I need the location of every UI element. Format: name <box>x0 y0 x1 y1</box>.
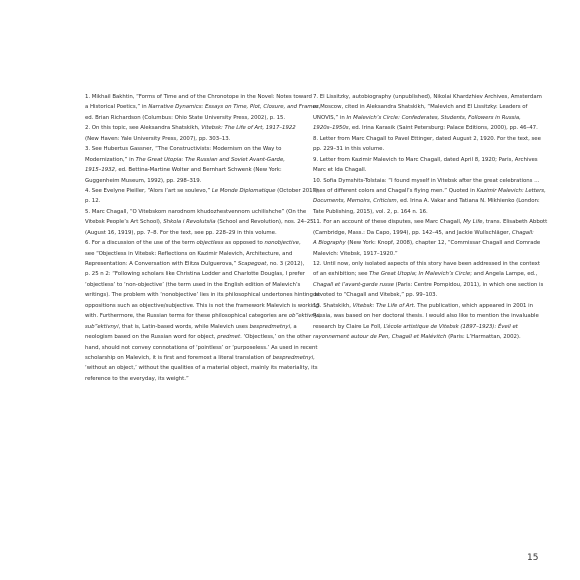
italic-text: Narrative Dynamics: Essays on Time, Plot… <box>148 104 318 110</box>
footnote-line: Modernization,” in The Great Utopia: The… <box>85 155 311 165</box>
text-segment: (School and Revolution), nos. 24–25 <box>216 219 314 225</box>
page-number: 15 <box>527 553 538 563</box>
text-segment: Russia, was based on her doctoral thesis… <box>313 313 539 319</box>
footnote-line: 4. See Evelyne Pieiller, “Alors l’art se… <box>85 186 311 196</box>
text-segment: 7. El Lissitzky, autobiography (unpublis… <box>313 94 542 100</box>
footnote-line: Guggenheim Museum, 1992), pp. 298–319. <box>85 176 311 186</box>
text-segment: , no. 3 (2012), <box>266 261 304 267</box>
text-segment: , that is, Latin-based words, while Male… <box>119 324 250 330</box>
text-segment: , ed. Bettina-Martine Wolter and Bernhar… <box>115 167 282 173</box>
text-segment: ; and Angela Lampe, ed., <box>470 271 537 277</box>
footnote-line: hand, should not convey connotations of … <box>85 343 311 353</box>
text-segment: 6. For a discussion of the use of the te… <box>85 240 197 246</box>
footnote-line: devoted to “Chagall and Vitebsk,” pp. 99… <box>313 290 539 300</box>
footnote-line: 2. On this topic, see Aleksandra Shatski… <box>85 123 311 133</box>
italic-text: Kazimir Malevich: Letters, <box>477 188 546 194</box>
footnote-line: Chagall et l’avant-garde russe (Paris: C… <box>313 280 539 290</box>
text-segment: (Paris: Centre Pompidou, 2011), in which… <box>394 282 543 288</box>
italic-text: 1920s–1950s <box>313 125 349 131</box>
italic-text: Chagall et l’avant-garde russe <box>313 282 394 288</box>
italic-text: L’école artistique de Vitebsk (1897–1923… <box>384 324 518 330</box>
text-segment: 4. See Evelyne Pieiller, “Alors l’art se… <box>85 188 212 194</box>
footnote-line: scholarship on Malevich, it is first and… <box>85 353 311 363</box>
text-segment: scholarship on Malevich, it is first and… <box>85 355 273 361</box>
text-segment: , <box>313 355 315 361</box>
text-segment: ‘objectless’ to ‘non-objective’ (the ter… <box>85 282 300 288</box>
footnote-line: a Historical Poetics,” in Narrative Dyna… <box>85 102 311 112</box>
footnote-line: UNOVIS,” in In Malevich’s Circle: Confed… <box>313 113 539 123</box>
text-segment: , a <box>290 324 297 330</box>
footnote-line: 3. See Hubertus Gassner, “The Constructi… <box>85 144 311 154</box>
text-segment: neologism based on the Russian word for … <box>85 334 217 340</box>
italic-text: Documents, Memoirs, Criticism <box>313 198 397 204</box>
footnotes-left-column: 1. Mikhail Bakhtin, “Forms of Time and o… <box>85 92 311 384</box>
footnote-line: p. 12. <box>85 196 311 206</box>
text-segment: pp. 229–31 in this volume. <box>313 146 384 152</box>
text-segment: , trans. Elisabeth Abbott <box>482 219 547 225</box>
text-segment: lines of different colors and Chagall’s … <box>313 188 477 194</box>
italic-text: sub”ektivnyi <box>85 324 119 330</box>
footnote-line: 1. Mikhail Bakhtin, “Forms of Time and o… <box>85 92 311 102</box>
text-segment: UNOVIS,” in <box>313 115 346 121</box>
italic-text: Scapegoat <box>238 261 266 267</box>
footnote-line: writings). The problem with ‘nonobjectiv… <box>85 290 311 300</box>
footnote-line: neologism based on the Russian word for … <box>85 332 311 342</box>
text-segment: ed. Brian Richardson (Columbus: Ohio Sta… <box>85 115 285 121</box>
italic-text: Vitebsk: The Life of Art <box>353 303 414 309</box>
text-segment: Tate Publishing, 2015), vol. 2, p. 164 n… <box>313 209 428 215</box>
text-segment: Vitebsk People’s Art School), <box>85 219 163 225</box>
italic-text: Chagall: <box>512 230 534 236</box>
italic-text: 1915–1932 <box>85 167 115 173</box>
text-segment: (New Haven: Yale University Press, 2007)… <box>85 136 230 142</box>
footnote-line: 1915–1932, ed. Bettina-Martine Wolter an… <box>85 165 311 175</box>
text-segment: see “Objectless in Vitebsk: Reflections … <box>85 251 292 257</box>
footnote-line: 12. Until now, only isolated aspects of … <box>313 259 539 269</box>
text-segment: . The publication, which appeared in 200… <box>414 303 533 309</box>
text-segment: 13. Shatskikh, <box>313 303 353 309</box>
footnote-line: 1920s–1950s, ed. Irina Karasik (Saint Pe… <box>313 123 539 133</box>
footnote-line: 9. Letter from Kazimir Malevich to Marc … <box>313 155 539 165</box>
footnote-line: 13. Shatskikh, Vitebsk: The Life of Art.… <box>313 301 539 311</box>
footnote-line: see “Objectless in Vitebsk: Reflections … <box>85 249 311 259</box>
footnote-line: 5. Marc Chagall, “O Vitebskom narodnom k… <box>85 207 311 217</box>
footnote-line: A Biography (New York: Knopf, 2008), cha… <box>313 238 539 248</box>
footnote-line: reference to the everyday, its weight.” <box>85 374 311 384</box>
italic-text: bespredmetnyi <box>250 324 290 330</box>
text-segment: hand, should not convey connotations of … <box>85 345 318 351</box>
text-segment: oppositions such as objective/subjective… <box>85 303 319 309</box>
footnote-line: 7. El Lissitzky, autobiography (unpublis… <box>313 92 539 102</box>
footnotes-right-column: 7. El Lissitzky, autobiography (unpublis… <box>313 92 539 343</box>
text-segment: 11. For an account of these disputes, se… <box>313 219 463 225</box>
text-segment: 9. Letter from Kazimir Malevich to Marc … <box>313 157 538 163</box>
italic-text: In Malevich’s Circle <box>419 271 471 277</box>
footnote-line: (New Haven: Yale University Press, 2007)… <box>85 134 311 144</box>
text-segment: of an exhibition; see <box>313 271 369 277</box>
italic-text: rayonnement autour de Pen, Chagall et Ma… <box>313 334 446 340</box>
italic-text: Shkola i Revolutsiia <box>163 219 215 225</box>
text-segment: . ‘Objectless,’ on the other <box>240 334 311 340</box>
text-segment: 12. Until now, only isolated aspects of … <box>313 261 540 267</box>
italic-text: The Great Utopia <box>369 271 415 277</box>
text-segment: Marc et Ida Chagall. <box>313 167 366 173</box>
footnote-line: (Cambridge, Mass.: Da Capo, 1994), pp. 1… <box>313 228 539 238</box>
text-segment: research by Claire Le Foll, <box>313 324 384 330</box>
text-segment: 8. Letter from Marc Chagall to Pavel Ett… <box>313 136 541 142</box>
footnote-line: 10. Sofia Dymshits-Tolstaia: “I found my… <box>313 176 539 186</box>
text-segment: (New York: Knopf, 2008), chapter 12, “Co… <box>346 240 541 246</box>
text-segment: Representation: A Conversation with Elit… <box>85 261 238 267</box>
footnote-line: rayonnement autour de Pen, Chagall et Ma… <box>313 332 539 342</box>
text-segment: p. 25 n 2: “Following scholars like Chri… <box>85 271 305 277</box>
text-segment: writings). The problem with ‘nonobjectiv… <box>85 292 320 298</box>
text-segment: as opposed to <box>223 240 264 246</box>
footnote-line: sub”ektivnyi, that is, Latin-based words… <box>85 322 311 332</box>
text-segment: , <box>299 240 301 246</box>
italic-text: Le Monde Diplomatique <box>212 188 276 194</box>
text-segment: (August 16, 1919), pp. 7–8. For the text… <box>85 230 277 236</box>
footnote-line: ed. Brian Richardson (Columbus: Ohio Sta… <box>85 113 311 123</box>
footnote-line: ‘objectless’ to ‘non-objective’ (the ter… <box>85 280 311 290</box>
footnote-line: Marc et Ida Chagall. <box>313 165 539 175</box>
text-segment: or Moscow, cited in Aleksandra Shatskikh… <box>313 104 527 110</box>
footnote-line: ‘without an object,’ without the qualiti… <box>85 363 311 373</box>
text-segment: 3. See Hubertus Gassner, “The Constructi… <box>85 146 281 152</box>
footnote-line: research by Claire Le Foll, L’école arti… <box>313 322 539 332</box>
footnote-line: 11. For an account of these disputes, se… <box>313 217 539 227</box>
text-segment: Guggenheim Museum, 1992), pp. 298–319. <box>85 178 201 184</box>
italic-text: My Life <box>463 219 482 225</box>
text-segment: (Cambridge, Mass.: Da Capo, 1994), pp. 1… <box>313 230 512 236</box>
footnote-line: Documents, Memoirs, Criticism, ed. Irina… <box>313 196 539 206</box>
italic-text: The Great Utopia: The Russian and Soviet… <box>136 157 285 163</box>
text-segment: 10. Sofia Dymshits-Tolstaia: “I found my… <box>313 178 540 184</box>
italic-text: Vitebsk: The Life of Art, 1917–1922 <box>201 125 295 131</box>
footnote-line: lines of different colors and Chagall’s … <box>313 186 539 196</box>
footnote-line: 8. Letter from Marc Chagall to Pavel Ett… <box>313 134 539 144</box>
text-segment: , ed. Irina Karasik (Saint Petersburg: P… <box>349 125 538 131</box>
text-segment: ‘without an object,’ without the qualiti… <box>85 365 318 371</box>
text-segment: p. 12. <box>85 198 100 204</box>
text-segment: with. Furthermore, the Russian terms for… <box>85 313 289 319</box>
text-segment: Modernization,” in <box>85 157 136 163</box>
footnote-line: pp. 229–31 in this volume. <box>313 144 539 154</box>
italic-text: objectless <box>197 240 224 246</box>
text-segment: (Paris: L’Harmattan, 2002). <box>446 334 520 340</box>
text-segment: , ed. Irina A. Vakar and Tatiana N. Mikh… <box>397 198 540 204</box>
footnote-line: 6. For a discussion of the use of the te… <box>85 238 311 248</box>
text-segment: 2. On this topic, see Aleksandra Shatski… <box>85 125 201 131</box>
footnote-line: Vitebsk People’s Art School), Shkola i R… <box>85 217 311 227</box>
footnote-line: Representation: A Conversation with Elit… <box>85 259 311 269</box>
footnote-line: of an exhibition; see The Great Utopia; … <box>313 269 539 279</box>
text-segment: 5. Marc Chagall, “O Vitebskom narodnom k… <box>85 209 306 215</box>
italic-text: In Malevich’s Circle: Confederates, Stud… <box>346 115 520 121</box>
text-segment: Malevich: Vitebsk, 1917–1920.” <box>313 251 398 257</box>
footnote-line: Malevich: Vitebsk, 1917–1920.” <box>313 249 539 259</box>
text-segment: devoted to “Chagall and Vitebsk,” pp. 99… <box>313 292 437 298</box>
text-segment: a Historical Poetics,” in <box>85 104 148 110</box>
italic-text: A Biography <box>313 240 346 246</box>
footnote-line: oppositions such as objective/subjective… <box>85 301 311 311</box>
italic-text: nonobjective <box>264 240 299 246</box>
footnote-line: Tate Publishing, 2015), vol. 2, p. 164 n… <box>313 207 539 217</box>
footnote-line: or Moscow, cited in Aleksandra Shatskikh… <box>313 102 539 112</box>
footnote-line: (August 16, 1919), pp. 7–8. For the text… <box>85 228 311 238</box>
text-segment: 1. Mikhail Bakhtin, “Forms of Time and o… <box>85 94 312 100</box>
footnote-line: Russia, was based on her doctoral thesis… <box>313 311 539 321</box>
footnote-line: with. Furthermore, the Russian terms for… <box>85 311 311 321</box>
text-segment: reference to the everyday, its weight.” <box>85 376 189 382</box>
footnote-line: p. 25 n 2: “Following scholars like Chri… <box>85 269 311 279</box>
italic-text: predmet <box>217 334 240 340</box>
italic-text: bespredmetnyi <box>273 355 313 361</box>
